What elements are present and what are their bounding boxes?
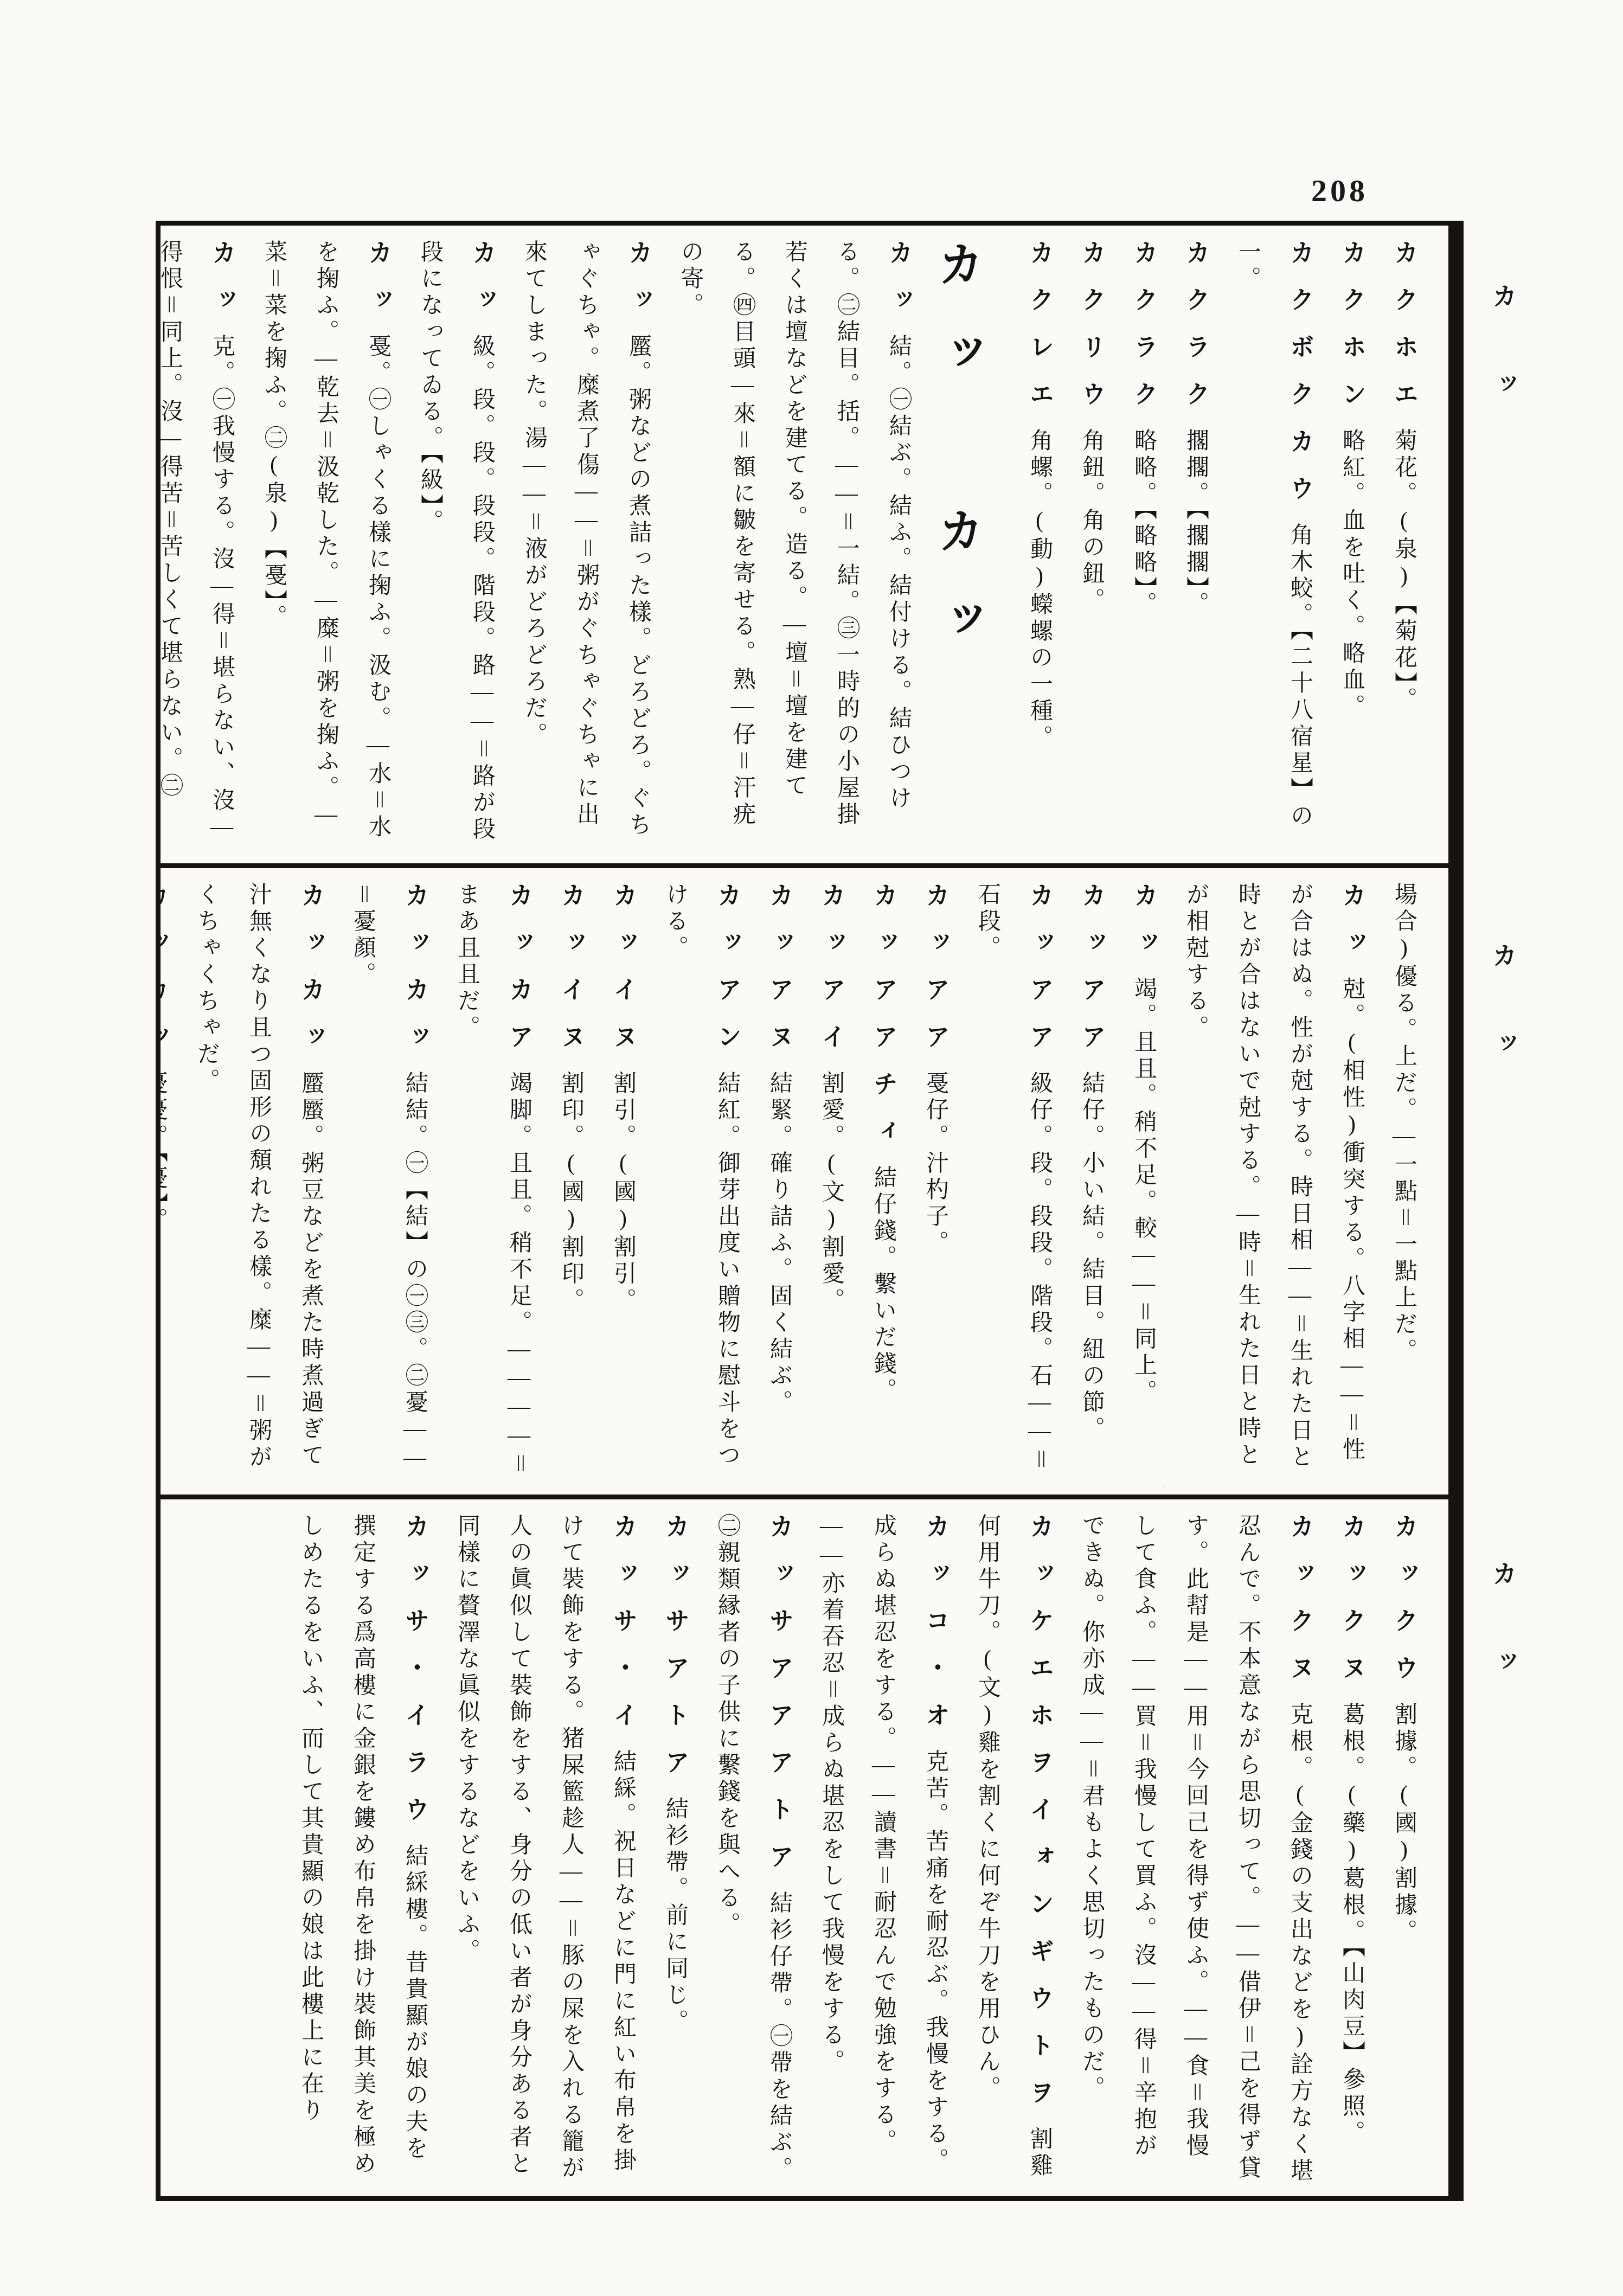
dictionary-entry: カクホエ菊花。(泉)【菊花】。 <box>1378 240 1430 852</box>
entry-headword: カクレエ <box>1026 240 1053 428</box>
dictionary-entry: カッカッ蟨蟨。粥豆などを煮た時煮過ぎて汁無くなり且つ固形の頽れたる樣。糜――＝粥… <box>181 882 337 1484</box>
entry-headword: カッ <box>208 240 235 334</box>
dictionary-entry: カッアア戞仔。汁杓子。 <box>909 882 961 1484</box>
section-band-middle: 場合)優る。上だ。―一點＝一點上だ。 カッ尅。(相性)衝突する。八字相――＝性が… <box>161 863 1448 1495</box>
entry-headword: カッアア <box>1078 882 1105 1071</box>
dictionary-entry: カッコ・オ克苦。苦痛を耐忍ぶ。我慢をする。成らぬ堪忍をする。――讀書＝耐忍んで勉… <box>805 1513 961 2186</box>
margin-tab-kan: カッ <box>1485 1561 1521 1736</box>
entry-headword: カッイヌ <box>610 882 637 1071</box>
entry-definition: 割愛。(文)割愛。 <box>819 1071 844 1314</box>
entry-headword: カクラク <box>1182 240 1209 428</box>
entry-definition: 略紅。血を吐く。略血。 <box>1339 428 1364 721</box>
margin-tab-kan: カッ <box>1485 283 1521 459</box>
entry-definition: 擱擱。【擱擱】。 <box>1183 428 1208 618</box>
entry-headword: カクボクカウ <box>1286 240 1313 523</box>
dictionary-entry: カックヌ葛根。(藥)葛根。【山肉豆】參照。 <box>1326 1513 1378 2186</box>
section-band-bottom: カックウ割據。(國)割據。 カックヌ葛根。(藥)葛根。【山肉豆】參照。 カックヌ… <box>161 1495 1448 2197</box>
entry-headword: カッ <box>1338 882 1365 977</box>
entry-definition: 克根。(金錢の支出などを)詮方なく堪忍んで。不本意ながら思切って。――借伊＝己を… <box>1079 1513 1312 2185</box>
dictionary-entry: カクレエ角螺。(動)蠑螺の一種。 <box>1013 240 1066 852</box>
section-band-top: カクホエ菊花。(泉)【菊花】。 カクホン略紅。血を吐く。略血。 カクボクカウ角木… <box>161 226 1448 863</box>
dictionary-entry: カッアアチィ結仔錢。繫いだ錢。 <box>857 882 909 1484</box>
entry-headword: カッ <box>885 240 912 334</box>
entry-headword: カクホエ <box>1390 240 1417 428</box>
entry-headword: カッイヌ <box>557 882 585 1071</box>
page-number: 208 <box>1311 172 1368 209</box>
dictionary-entry: カッアア級仔。段。段段。階段。石――＝石段。 <box>961 882 1066 1484</box>
entry-definition: 尅。(相性)衝突する。八字相――＝性が合はぬ。性が尅する。時日相――＝生れた日と… <box>1183 882 1364 1471</box>
entry-definition: 結。㊀結ぶ。結ふ。結付ける。結ひつける。㊁結目。括。――＝一結。㊂一時的の小屋掛… <box>678 240 911 829</box>
entry-definition: 割印。(國)割印。 <box>559 1071 583 1314</box>
dictionary-entry: カッ戞。㊀しゃくる樣に掬ふ。汲む。―水＝水を掬ふ。―乾去＝汲乾した。―糜＝粥を掬… <box>248 240 404 852</box>
entry-definition: 結仔錢。繫いだ錢。 <box>871 1165 896 1404</box>
dictionary-entry: カッカッ憂憂。【憂】。 <box>161 882 181 1484</box>
entry-headword: カッ <box>625 240 652 334</box>
entry-headword: カッアアチィ <box>870 882 897 1165</box>
dictionary-entry: カッ竭。且且。稍不足。較――＝同上。 <box>1118 882 1170 1484</box>
entry-definition: 結仔。小い結。結目。紐の節。 <box>1079 1071 1104 1443</box>
dictionary-entry: カッカア竭脚。且且。稍不足。――――＝まあ且且だ。 <box>441 882 545 1484</box>
entry-headword: カッ <box>1130 882 1157 977</box>
entry-headword: カッアヌ <box>766 882 793 1071</box>
entry-headword: カッアア <box>922 882 949 1071</box>
entry-definition: 竭。且且。稍不足。較――＝同上。 <box>1131 977 1156 1406</box>
dictionary-entry: カクラク擱擱。【擱擱】。 <box>1170 240 1222 852</box>
entry-headword: カッアア <box>1026 882 1053 1071</box>
dictionary-entry: カッカッ結結。㊀【結】の㊀㊂。㊁憂――＝憂顏。 <box>337 882 441 1484</box>
entry-headword: カックヌ <box>1338 1513 1365 1702</box>
entry-headword: カッサアアアトア <box>766 1513 793 1891</box>
entry-definition: 割據。(國)割據。 <box>1391 1702 1416 1946</box>
dictionary-entry: カッサ・イ結綵。祝日などに門に紅い布帛を掛けて裝飾をする。猪屎籃趁人――＝豚の屎… <box>441 1513 649 2186</box>
dictionary-entry: カッイヌ割引。(國)割引。 <box>597 882 649 1484</box>
dictionary-entry: カッ結。㊀結ぶ。結ふ。結付ける。結ひつける。㊁結目。括。――＝一結。㊂一時的の小… <box>664 240 925 852</box>
entry-definition: 略略。【略略】。 <box>1131 428 1156 618</box>
entry-headword: カッカッ <box>401 882 428 1071</box>
dictionary-entry: カッ蟨。粥などの煮詰った樣。どろどろ。ぐちゃぐちゃ。糜煮了傷――＝粥がぐちゃぐち… <box>508 240 664 852</box>
dictionary-entry: カッアア結仔。小い結。結目。紐の節。 <box>1066 882 1118 1484</box>
dictionary-entry: カッイヌ割印。(國)割印。 <box>545 882 597 1484</box>
page-frame: カクホエ菊花。(泉)【菊花】。 カクホン略紅。血を吐く。略血。 カクボクカウ角木… <box>156 221 1464 2201</box>
entry-headword: カクホン <box>1338 240 1365 428</box>
dictionary-entry: カッ克。㊀我慢する。沒―得＝堪らない、沒―得恨＝同上。沒―得苦＝苦しくて堪らない… <box>161 240 248 852</box>
entry-definition: 割引。(國)割引。 <box>611 1071 636 1314</box>
entry-headword: カッサ・イ <box>610 1513 637 1749</box>
entry-headword: カッアン <box>714 882 741 1071</box>
dictionary-entry: カックヌ克根。(金錢の支出などを)詮方なく堪忍んで。不本意ながら思切って。――借… <box>1066 1513 1326 2186</box>
entry-headword: カックヌ <box>1286 1513 1313 1702</box>
entry-headword: カッサアトア <box>662 1513 689 1797</box>
entry-definition: 結衫帶。前に同じ。 <box>663 1797 688 2036</box>
dictionary-entry: カクリウ角鈕。角の鈕。 <box>1066 240 1118 852</box>
dictionary-entry: カッサ・イラウ結綵樓。昔貴顯が娘の夫を撰定する爲高樓に金銀を鏤め布帛を掛け裝飾其… <box>285 1513 441 2186</box>
dictionary-entry: カッサアアアトア結衫仔帶。㊀帶を結ぶ。㊁親類縁者の子供に繫錢を與へる。 <box>701 1513 805 2186</box>
entry-definition: 憂憂。【憂】。 <box>161 1071 167 1234</box>
entry-headword: カッカッ <box>161 882 168 1071</box>
dictionary-entry: カッアン結紅。御芽出度い贈物に慰斗をつける。 <box>649 882 753 1484</box>
dictionary-entry: カックウ割據。(國)割據。 <box>1378 1513 1430 2186</box>
dictionary-entry: カッ尅。(相性)衝突する。八字相――＝性が合はぬ。性が尅する。時日相――＝生れた… <box>1170 882 1378 1484</box>
dictionary-entry: カッサアトア結衫帶。前に同じ。 <box>649 1513 701 2186</box>
entry-headword: カッカア <box>505 882 533 1071</box>
entry-definition: 角螺。(動)蠑螺の一種。 <box>1027 428 1052 752</box>
dictionary-entry: カクホン略紅。血を吐く。略血。 <box>1326 240 1378 852</box>
entry-definition: 戞仔。汁杓子。 <box>923 1071 948 1257</box>
margin-tab-kan: カッ <box>1485 942 1521 1118</box>
entry-definition: 菊花。(泉)【菊花】。 <box>1391 428 1416 714</box>
dictionary-entry: カッアヌ結緊。確り詰ふ。固く結ぶ。 <box>753 882 805 1484</box>
dictionary-entry: カクラク略略。【略略】。 <box>1118 240 1170 852</box>
dictionary-entry: カクボクカウ角木蛟。【二十八宿星】の一。 <box>1222 240 1326 852</box>
entry-headword: カクラク <box>1130 240 1157 428</box>
entry-headword: カクリウ <box>1078 240 1105 428</box>
entry-headword: カッサ・イラウ <box>401 1513 428 1844</box>
dictionary-entry: カッケエホヲイォンギウトヲ割雞何用牛刀。(文)雞を割くに何ぞ牛刀を用ひん。 <box>961 1513 1066 2186</box>
dictionary-entry: 場合)優る。上だ。―一點＝一點上だ。 <box>1378 882 1430 1484</box>
entry-headword: カッカッ <box>297 882 324 1071</box>
entry-definition: 葛根。(藥)葛根。【山肉豆】參照。 <box>1339 1702 1364 2147</box>
entry-definition: 結綵。祝日などに門に紅い布帛を掛けて裝飾をする。猪屎籃趁人――＝豚の屎を入れる籠… <box>454 1513 636 2182</box>
entry-headword: カッ <box>469 240 496 334</box>
entry-definition: 結緊。確り詰ふ。固く結ぶ。 <box>767 1071 792 1416</box>
entry-headword: カックウ <box>1390 1513 1417 1702</box>
entry-headword: カッアイ <box>818 882 845 1071</box>
entry-definition: 場合)優る。上だ。―一點＝一點上だ。 <box>1391 882 1416 1365</box>
dictionary-entry: カッ級。段。段。段段。階段。路――＝路が段段になってゐる。【級】。 <box>404 240 508 852</box>
dictionary-entry: カッアイ割愛。(文)割愛。 <box>805 882 857 1484</box>
entry-headword: カッケエホヲイォンギウトヲ <box>1026 1513 1053 2127</box>
section-main-headword: カッ カッ <box>925 240 1013 852</box>
entry-headword: カッ <box>364 240 392 334</box>
entry-headword: カッコ・オ <box>922 1513 949 1749</box>
entry-definition: 角鈕。角の鈕。 <box>1079 428 1104 614</box>
